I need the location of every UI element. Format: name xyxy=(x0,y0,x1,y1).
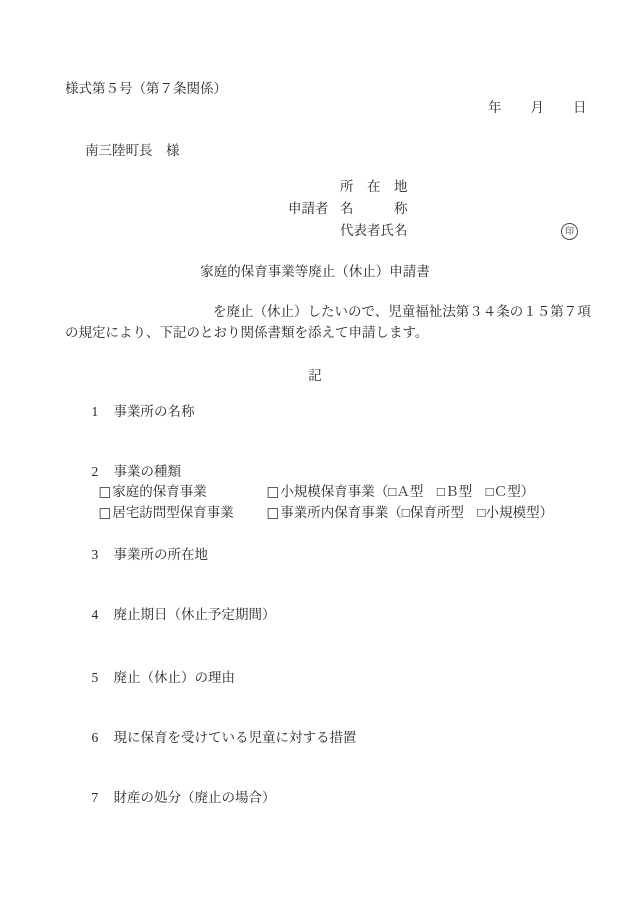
date-day-label: 日 xyxy=(573,100,587,115)
item-4: 4廃止期日（休止予定期間） xyxy=(78,592,276,637)
item-3-number: 3 xyxy=(92,547,100,562)
application-form-page: 様式第５号（第７条関係） 年 月 日 南三陸町長 様 申請者 所 在 地 名 称… xyxy=(0,0,630,915)
item-4-number: 4 xyxy=(92,607,100,622)
item-7: 7財産の処分（廃止の場合） xyxy=(78,775,276,820)
item-5-number: 5 xyxy=(92,670,100,685)
item-6-number: 6 xyxy=(92,730,100,745)
checkbox-icon: □ xyxy=(267,505,280,521)
item-5: 5廃止（休止）の理由 xyxy=(78,655,235,700)
form-number: 様式第５号（第７条関係） xyxy=(65,81,227,96)
applicant-label: 申請者 xyxy=(288,201,329,216)
item-5-label: 廃止（休止）の理由 xyxy=(114,670,236,685)
document-title: 家庭的保育事業等廃止（休止）申請書 xyxy=(0,264,630,279)
item-7-number: 7 xyxy=(92,790,100,805)
item-3-label: 事業所の所在地 xyxy=(114,547,209,562)
date-year-label: 年 xyxy=(488,100,502,115)
seal-icon: 印 xyxy=(561,223,578,240)
item-3: 3事業所の所在地 xyxy=(78,532,208,577)
checkbox-icon: □ xyxy=(99,505,112,521)
business-type-detail: （□保育所型 □小規模型） xyxy=(388,505,553,520)
applicant-representative-label: 代表者氏名 xyxy=(340,223,408,245)
business-type-label: 居宅訪問型保育事業 xyxy=(112,505,234,520)
business-type-kyotaku: □居宅訪問型保育事業 xyxy=(85,490,234,536)
item-6-label: 現に保育を受けている児童に対する措置 xyxy=(114,730,357,745)
business-type-jigyoshonai: □事業所内保育事業（□保育所型 □小規模型） xyxy=(253,490,553,536)
body-line-1: を廃止（休止）したいので、児童福祉法第３４条の１５第７項 xyxy=(213,304,591,319)
business-type-label: 事業所内保育事業 xyxy=(280,505,388,520)
record-heading: 記 xyxy=(0,368,630,383)
item-1-label: 事業所の名称 xyxy=(114,404,195,419)
date-line: 年 月 日 xyxy=(488,100,587,115)
applicant-address-label: 所 在 地 xyxy=(340,179,408,201)
date-month-label: 月 xyxy=(531,100,545,115)
item-6: 6現に保育を受けている児童に対する措置 xyxy=(78,715,357,760)
body-line-2: の規定により、下記のとおり関係書類を添えて申請します。 xyxy=(65,325,428,340)
item-1: 1事業所の名称 xyxy=(78,389,195,434)
applicant-fields: 所 在 地 名 称 代表者氏名 xyxy=(340,179,408,245)
applicant-name-label: 名 称 xyxy=(340,201,408,223)
addressee: 南三陸町長 様 xyxy=(85,143,180,158)
item-7-label: 財産の処分（廃止の場合） xyxy=(114,790,276,805)
item-1-number: 1 xyxy=(92,404,100,419)
item-4-label: 廃止期日（休止予定期間） xyxy=(114,607,276,622)
